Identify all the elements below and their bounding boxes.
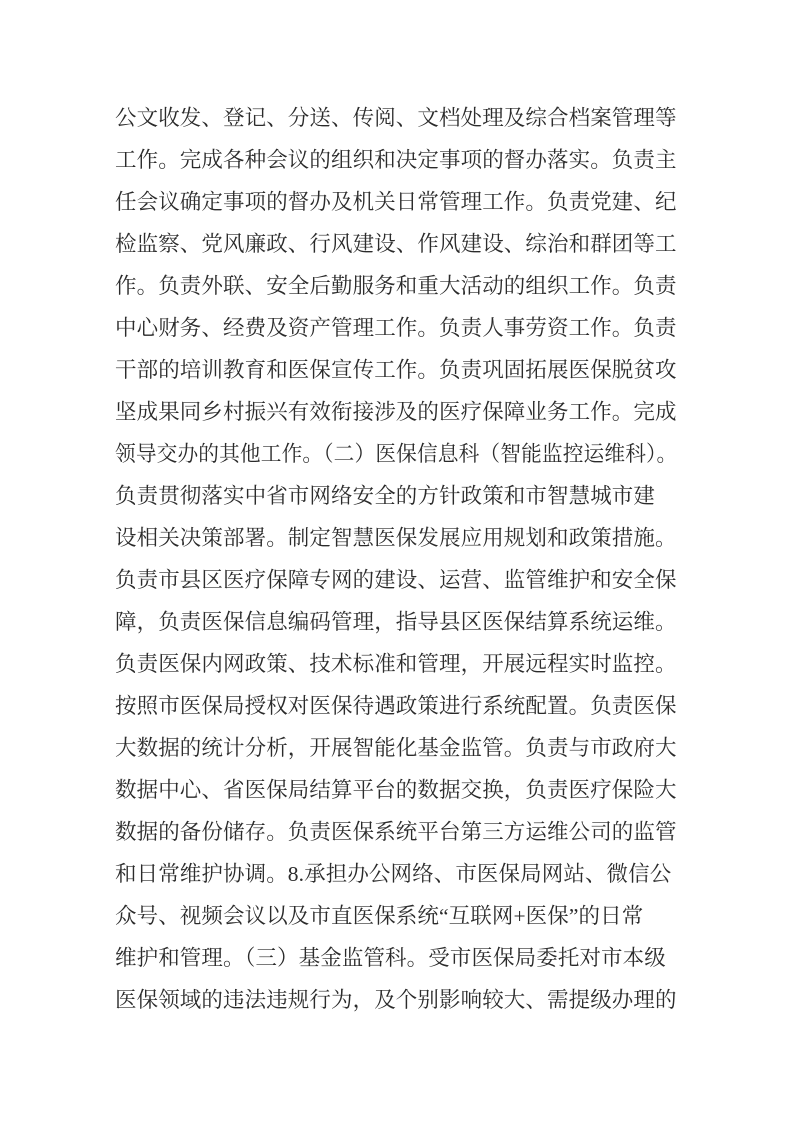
- text-line: 工作。完成各种会议的组织和决定事项的督办落实。负责主: [115, 139, 677, 181]
- text-line: 负责医保内网政策、技术标准和管理，开展远程实时监控。: [115, 643, 677, 685]
- text-line: 数据的备份储存。负责医保系统平台第三方运维公司的监管: [115, 811, 677, 853]
- text-line: 按照市医保局授权对医保待遇政策进行系统配置。负责医保: [115, 685, 677, 727]
- document-body-text: 公文收发、登记、分送、传阅、文档处理及综合档案管理等工作。完成各种会议的组织和决…: [115, 97, 677, 1021]
- text-line: 和日常维护协调。8.承担办公网络、市医保局网站、微信公: [115, 853, 677, 895]
- text-line: 作。负责外联、安全后勤服务和重大活动的组织工作。负责: [115, 265, 677, 307]
- text-line: 负责贯彻落实中省市网络安全的方针政策和市智慧城市建: [115, 475, 677, 517]
- text-line: 数据中心、省医保局结算平台的数据交换，负责医疗保险大: [115, 769, 677, 811]
- text-line: 障，负责医保信息编码管理，指导县区医保结算系统运维。: [115, 601, 677, 643]
- text-line: 干部的培训教育和医保宣传工作。负责巩固拓展医保脱贫攻: [115, 349, 677, 391]
- text-line: 检监察、党风廉政、行风建设、作风建设、综治和群团等工: [115, 223, 677, 265]
- text-line: 负责市县区医疗保障专网的建设、运营、监管维护和安全保: [115, 559, 677, 601]
- text-line: 众号、视频会议以及市直医保系统“互联网+医保”的日常: [115, 895, 677, 937]
- text-line: 医保领域的违法违规行为，及个别影响较大、需提级办理的: [115, 979, 677, 1021]
- text-line: 设相关决策部署。制定智慧医保发展应用规划和政策措施。: [115, 517, 677, 559]
- text-line: 中心财务、经费及资产管理工作。负责人事劳资工作。负责: [115, 307, 677, 349]
- text-line: 维护和管理。（三）基金监管科。受市医保局委托对市本级: [115, 937, 677, 979]
- text-line: 领导交办的其他工作。（二）医保信息科（智能监控运维科）。: [115, 433, 657, 475]
- document-page: 公文收发、登记、分送、传阅、文档处理及综合档案管理等工作。完成各种会议的组织和决…: [0, 0, 793, 1122]
- text-line: 坚成果同乡村振兴有效衔接涉及的医疗保障业务工作。完成: [115, 391, 677, 433]
- text-line: 公文收发、登记、分送、传阅、文档处理及综合档案管理等: [115, 97, 677, 139]
- text-line: 大数据的统计分析，开展智能化基金监管。负责与市政府大: [115, 727, 677, 769]
- text-line: 任会议确定事项的督办及机关日常管理工作。负责党建、纪: [115, 181, 677, 223]
